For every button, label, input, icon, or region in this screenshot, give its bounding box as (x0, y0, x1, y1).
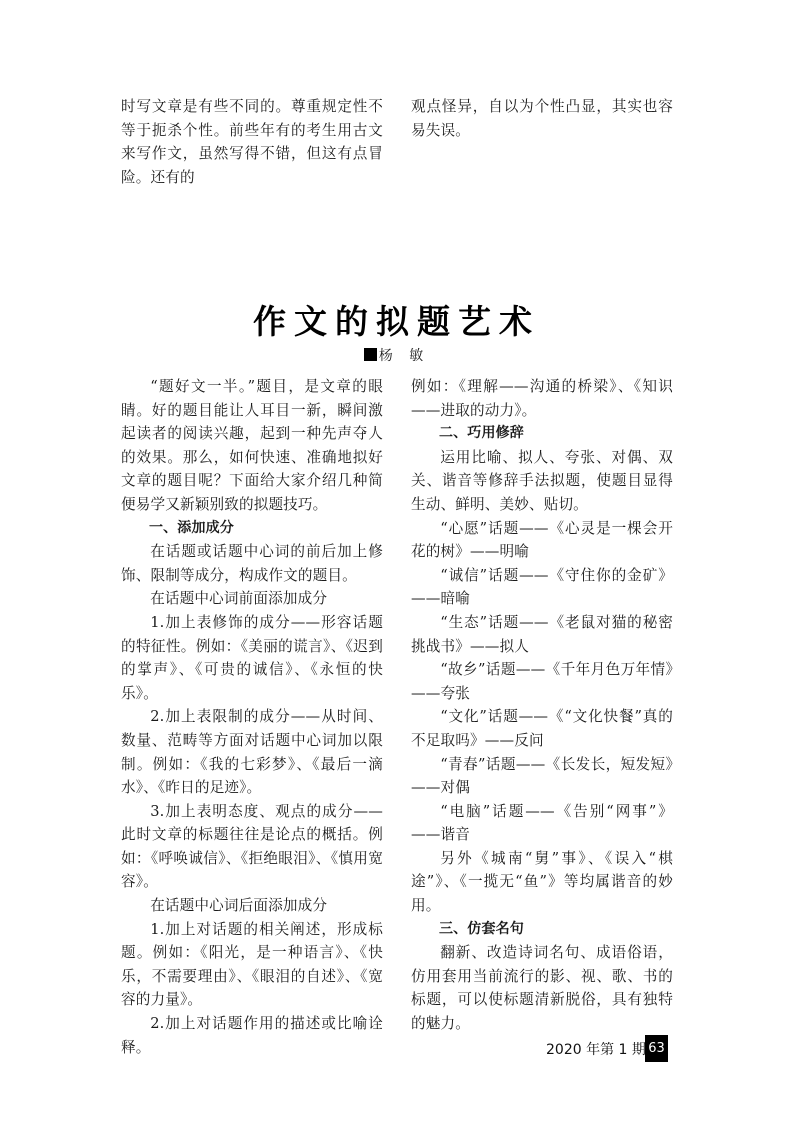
paragraph: 在话题中心词前面添加成分 (121, 587, 383, 611)
issue-label: 2020 年第 1 期 (546, 1039, 646, 1059)
section-heading: 二、巧用修辞 (411, 422, 673, 446)
paragraph: 运用比喻、拟人、夸张、对偶、双关、谐音等修辞手法拟题，使题目显得生动、鲜明、美妙… (411, 446, 673, 517)
paragraph: 例如：《理解——沟通的桥梁》、《知识——进取的动力》。 (411, 375, 673, 422)
article-left-column: “题好文一半。”题目，是文章的眼睛。好的题目能让人耳目一新，瞬间激起读者的阅读兴… (121, 375, 383, 1059)
paragraph: “电脑”话题——《告别“网事”》——谐音 (411, 800, 673, 847)
paragraph: “心愿”话题——《心灵是一棵会开花的树》——明喻 (411, 517, 673, 564)
paragraph: “题好文一半。”题目，是文章的眼睛。好的题目能让人耳目一新，瞬间激起读者的阅读兴… (121, 375, 383, 517)
paragraph: “青春”话题——《长发长，短发短》——对偶 (411, 753, 673, 800)
top-right-column: 观点怪异，自以为个性凸显，其实也容易失误。 (411, 95, 673, 142)
article-title: 作文的拟题艺术 (0, 296, 793, 343)
page-number: 63 (645, 1035, 668, 1062)
paragraph: 时写文章是有些不同的。尊重规定性不等于扼杀个性。前些年有的考生用古文来写作文，虽… (121, 95, 383, 189)
paragraph: 另外《城南“舅”事》、《误入“棋途”》、《一揽无“鱼”》等均属谐音的妙用。 (411, 847, 673, 918)
paragraph: “诚信”话题——《守住你的金矿》——暗喻 (411, 564, 673, 611)
article-author: 杨 敏 (0, 345, 793, 365)
paragraph: 在话题中心词后面添加成分 (121, 894, 383, 918)
paragraph: 翻新、改造诗词名句、成语俗语，仿用套用当前流行的影、视、歌、书的标题，可以使标题… (411, 941, 673, 1035)
paragraph: “故乡”话题——《千年月色万年情》——夸张 (411, 658, 673, 705)
section-heading: 三、仿套名句 (411, 918, 673, 942)
paragraph: 1.加上对话题的相关阐述，形成标题。例如：《阳光，是一种语言》、《快乐，不需要理… (121, 918, 383, 1012)
section-heading: 一、添加成分 (121, 517, 383, 541)
top-left-column: 时写文章是有些不同的。尊重规定性不等于扼杀个性。前些年有的考生用古文来写作文，虽… (121, 95, 383, 189)
paragraph: 3.加上表明态度、观点的成分——此时文章的标题往往是论点的概括。例如：《呼唤诚信… (121, 800, 383, 894)
paragraph: 观点怪异，自以为个性凸显，其实也容易失误。 (411, 95, 673, 142)
paragraph: 2.加上对话题作用的描述或比喻诠释。 (121, 1012, 383, 1059)
paragraph: “文化”话题——《“文化快餐”真的不足取吗》——反问 (411, 705, 673, 752)
article-right-column: 例如：《理解——沟通的桥梁》、《知识——进取的动力》。二、巧用修辞运用比喻、拟人… (411, 375, 673, 1036)
author-name: 杨 敏 (379, 348, 429, 364)
paragraph: 在话题或话题中心词的前后加上修饰、限制等成分，构成作文的题目。 (121, 540, 383, 587)
paragraph: 1.加上表修饰的成分——形容话题的特征性。例如：《美丽的谎言》、《迟到的掌声》、… (121, 611, 383, 705)
author-square-marker (364, 348, 377, 361)
paragraph: “生态”话题——《老鼠对猫的秘密挑战书》——拟人 (411, 611, 673, 658)
paragraph: 2.加上表限制的成分——从时间、数量、范畴等方面对话题中心词加以限制。例如：《我… (121, 705, 383, 799)
